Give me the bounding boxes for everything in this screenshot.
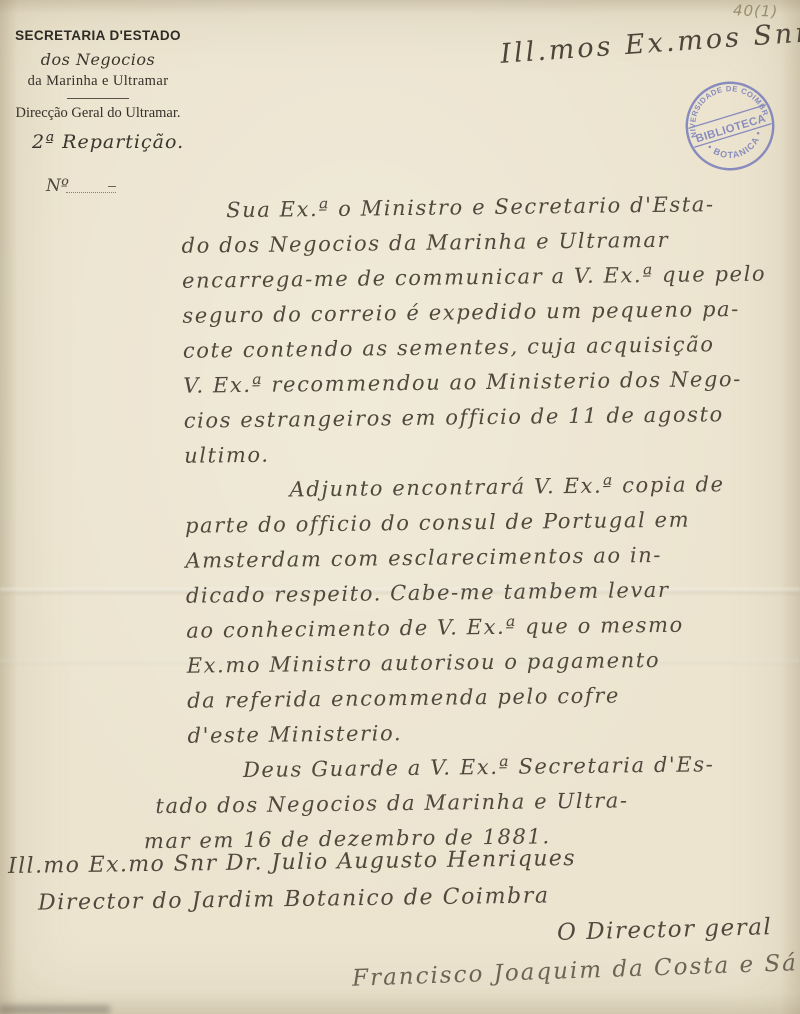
body-line: Sua Ex.ª o Ministro e Secretario d'Esta- — [226, 186, 793, 228]
bottom-edge-smudge — [0, 1005, 110, 1014]
letterhead-department: 2ª Repartição. — [8, 131, 188, 153]
scanned-letter-page: { "colors": { "paper": "#ece4cf", "ink":… — [0, 0, 800, 1014]
body-line: Adjunto encontrará V. Ex.ª copia de — [289, 466, 796, 507]
document-number-dash — [108, 186, 116, 187]
document-number-label: Nº — [46, 176, 69, 196]
letterhead-subtitle-2: da Marinha e Ultramar — [8, 73, 188, 90]
letterhead: SECRETARIA D'ESTADO dos Negocios da Mari… — [8, 28, 188, 153]
addressee-title: Director do Jardim Botanico de Coimbra — [38, 883, 550, 915]
document-number-dotted-line — [66, 192, 116, 193]
library-stamp: UNIVERSIDADE DE COIMBRA BIBLIOTECA • BOT… — [671, 67, 788, 184]
letterhead-divider — [67, 98, 129, 99]
addressee-name: Ill.mo Ex.mo Snr Dr. Julio Augusto Henri… — [8, 846, 576, 879]
signature: Francisco Joaquim da Costa e Sá — [352, 950, 799, 992]
letterhead-subtitle-1: dos Negocios — [8, 50, 188, 69]
salutation: Ill.mos Ex.mos Snr — [499, 17, 800, 70]
letter-body: Sua Ex.ª o Ministro e Secretario d'Esta-… — [181, 186, 800, 858]
letterhead-direction: Direcção Geral do Ultramar. — [8, 105, 188, 122]
body-line: cios estrangeiros em officio de 11 de ag… — [184, 396, 796, 438]
letterhead-title: SECRETARIA D'ESTADO — [8, 28, 188, 43]
closing-role: O Director geral — [557, 914, 773, 946]
archival-note: 40(1) — [733, 1, 779, 21]
